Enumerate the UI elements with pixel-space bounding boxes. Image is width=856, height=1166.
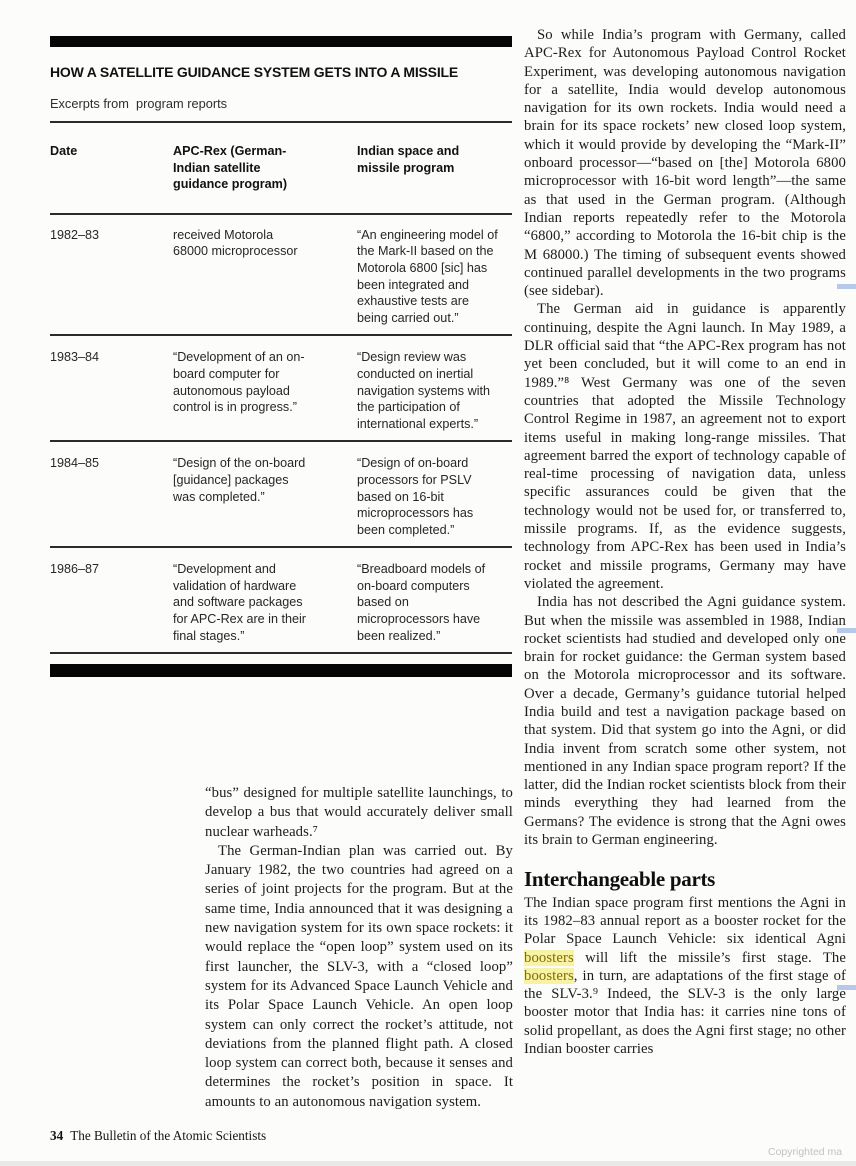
- row-indian-cell: “An engineering model of the Mark-II bas…: [357, 227, 512, 327]
- body-paragraph: So while India’s program with Germany, c…: [524, 26, 846, 300]
- row-date: 1983–84: [50, 349, 173, 432]
- table-row: 1986–87 “Development and validation of h…: [50, 548, 512, 654]
- search-highlight: boosters: [524, 968, 574, 984]
- row-indian-cell: “Breadboard models of on-board computers…: [357, 561, 512, 644]
- edge-marker: [837, 985, 856, 990]
- table-row: 1983–84 “Development of an on-board comp…: [50, 336, 512, 442]
- row-date: 1982–83: [50, 227, 173, 327]
- edge-marker: [837, 284, 856, 289]
- column-header-indian-program: Indian space and missile program: [357, 143, 512, 193]
- magazine-page: HOW A SATELLITE GUIDANCE SYSTEM GETS INT…: [0, 0, 856, 1166]
- row-date: 1986–87: [50, 561, 173, 644]
- column-header-apc-rex: APC-Rex (German-Indian satellite guidanc…: [173, 143, 357, 193]
- copyright-watermark: Copyrighted ma: [768, 1146, 842, 1158]
- body-paragraph: “bus” designed for multiple satellite la…: [205, 784, 513, 842]
- body-paragraph: India has not described the Agni guidanc…: [524, 593, 846, 849]
- row-apc-cell: “Design of the on-board [guidance] packa…: [173, 455, 357, 538]
- search-highlight: boosters: [524, 950, 574, 966]
- row-apc-cell: “Development of an on-board computer for…: [173, 349, 357, 432]
- section-heading: Interchangeable parts: [524, 870, 846, 888]
- row-apc-cell: received Motorola 68000 microprocessor: [173, 227, 357, 327]
- page-footer: 34The Bulletin of the Atomic Scientists: [50, 1128, 266, 1144]
- sidebar-table: HOW A SATELLITE GUIDANCE SYSTEM GETS INT…: [50, 36, 512, 677]
- body-paragraph: The German-Indian plan was carried out. …: [205, 842, 513, 1112]
- row-indian-cell: “Design of on-board processors for PSLV …: [357, 455, 512, 538]
- body-paragraph: The Indian space program first mentions …: [524, 894, 846, 1059]
- bottom-divider-bar: [50, 664, 512, 677]
- top-divider-bar: [50, 36, 512, 47]
- table-row: 1984–85 “Design of the on-board [guidanc…: [50, 442, 512, 548]
- row-date: 1984–85: [50, 455, 173, 538]
- column-header-date: Date: [50, 143, 173, 193]
- table-subtitle: Excerpts from program reports: [50, 96, 512, 111]
- table-title: HOW A SATELLITE GUIDANCE SYSTEM GETS INT…: [50, 64, 512, 80]
- paragraph-text: will lift the missile’s first stage. The: [574, 950, 846, 966]
- right-body-column: So while India’s program with Germany, c…: [524, 26, 846, 1058]
- table-header-row: Date APC-Rex (German-Indian satellite gu…: [50, 123, 512, 215]
- row-indian-cell: “Design review was conducted on inertial…: [357, 349, 512, 432]
- left-body-column: “bus” designed for multiple satellite la…: [205, 784, 513, 1112]
- table-row: 1982–83 received Motorola 68000 micropro…: [50, 215, 512, 337]
- page-edge-strip: [0, 1161, 856, 1166]
- edge-marker: [837, 628, 856, 633]
- journal-title: The Bulletin of the Atomic Scientists: [70, 1128, 266, 1143]
- page-number: 34: [50, 1128, 63, 1143]
- paragraph-text: The Indian space program first mentions …: [524, 895, 846, 948]
- row-apc-cell: “Development and validation of hardware …: [173, 561, 357, 644]
- body-paragraph: The German aid in guidance is apparently…: [524, 300, 846, 593]
